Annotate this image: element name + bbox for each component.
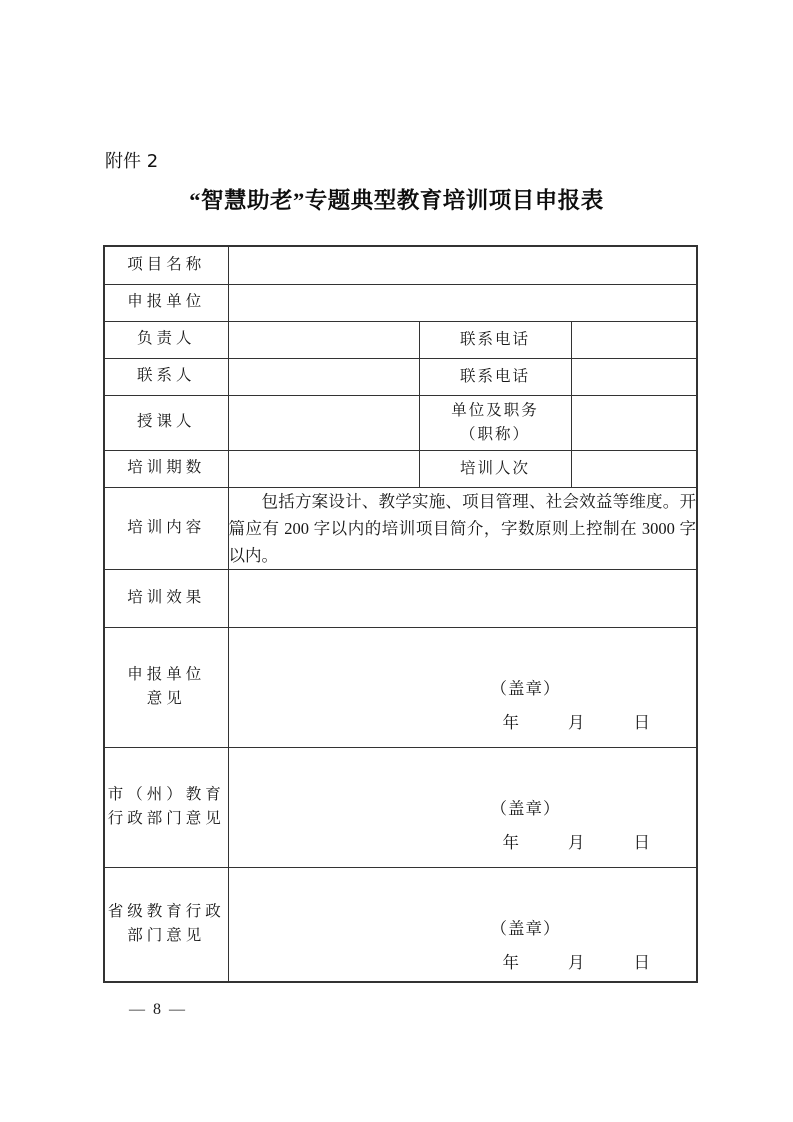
applicant-date-year: 年 — [503, 709, 520, 733]
city-date-line: 年 月 日 — [503, 829, 651, 853]
row-leader: 负责人 联系电话 — [104, 321, 697, 358]
training-sessions-value-cell — [228, 450, 419, 487]
project-name-value-cell — [228, 246, 697, 284]
contact-label: 联系人 — [104, 358, 228, 395]
city-date-day: 日 — [634, 829, 651, 853]
document-page: 附件 2 “智慧助老”专题典型教育培训项目申报表 项目名称 申报单位 负责人 联… — [0, 0, 793, 1122]
row-training-content: 培训内容 包括方案设计、教学实施、项目管理、社会效益等维度。开篇应有 200 字… — [104, 487, 697, 569]
province-date-day: 日 — [634, 949, 651, 973]
applicant-opinion-area: （盖章） 年 月 日 — [228, 627, 697, 747]
leader-phone-label: 联系电话 — [419, 321, 571, 358]
training-effect-label: 培训效果 — [104, 569, 228, 627]
province-opinion-area: （盖章） 年 月 日 — [228, 867, 697, 982]
province-date-line: 年 月 日 — [503, 949, 651, 973]
row-applicant-unit: 申报单位 — [104, 284, 697, 321]
application-form-table: 项目名称 申报单位 负责人 联系电话 联系人 联系电话 授课人 单位及职务 （职… — [103, 245, 698, 983]
trainee-count-value-cell — [571, 450, 697, 487]
city-date-month: 月 — [568, 829, 585, 853]
row-training-effect: 培训效果 — [104, 569, 697, 627]
row-applicant-opinion: 申报单位 意见 （盖章） 年 月 日 — [104, 627, 697, 747]
city-date-year: 年 — [503, 829, 520, 853]
row-city-opinion: 市（州）教育 行政部门意见 （盖章） 年 月 日 — [104, 747, 697, 867]
trainee-count-label: 培训人次 — [419, 450, 571, 487]
applicant-date-day: 日 — [634, 709, 651, 733]
city-opinion-area: （盖章） 年 月 日 — [228, 747, 697, 867]
applicant-unit-label: 申报单位 — [104, 284, 228, 321]
lecturer-unit-title-value-cell — [571, 395, 697, 450]
applicant-opinion-label: 申报单位 意见 — [104, 627, 228, 747]
training-content-label: 培训内容 — [104, 487, 228, 569]
applicant-date-month: 月 — [568, 709, 585, 733]
lecturer-unit-title-label: 单位及职务 （职称） — [419, 395, 571, 450]
province-opinion-label: 省级教育行政 部门意见 — [104, 867, 228, 982]
contact-value-cell — [228, 358, 419, 395]
project-name-label: 项目名称 — [104, 246, 228, 284]
page-number: — 8 — — [129, 1001, 187, 1019]
province-date-month: 月 — [568, 949, 585, 973]
applicant-unit-value-cell — [228, 284, 697, 321]
leader-label: 负责人 — [104, 321, 228, 358]
province-seal-placeholder: （盖章） — [491, 915, 561, 939]
row-training-sessions: 培训期数 培训人次 — [104, 450, 697, 487]
applicant-date-line: 年 月 日 — [503, 709, 651, 733]
row-province-opinion: 省级教育行政 部门意见 （盖章） 年 月 日 — [104, 867, 697, 982]
city-opinion-label: 市（州）教育 行政部门意见 — [104, 747, 228, 867]
training-sessions-label: 培训期数 — [104, 450, 228, 487]
city-seal-placeholder: （盖章） — [491, 795, 561, 819]
contact-phone-value-cell — [571, 358, 697, 395]
row-contact: 联系人 联系电话 — [104, 358, 697, 395]
leader-value-cell — [228, 321, 419, 358]
attachment-label: 附件 2 — [105, 147, 158, 173]
province-date-year: 年 — [503, 949, 520, 973]
row-project-name: 项目名称 — [104, 246, 697, 284]
contact-phone-label: 联系电话 — [419, 358, 571, 395]
form-title: “智慧助老”专题典型教育培训项目申报表 — [0, 183, 793, 215]
applicant-seal-placeholder: （盖章） — [491, 675, 561, 699]
lecturer-value-cell — [228, 395, 419, 450]
leader-phone-value-cell — [571, 321, 697, 358]
training-effect-value-cell — [228, 569, 697, 627]
lecturer-label: 授课人 — [104, 395, 228, 450]
row-lecturer: 授课人 单位及职务 （职称） — [104, 395, 697, 450]
training-content-instructions: 包括方案设计、教学实施、项目管理、社会效益等维度。开篇应有 200 字以内的培训… — [228, 487, 697, 569]
